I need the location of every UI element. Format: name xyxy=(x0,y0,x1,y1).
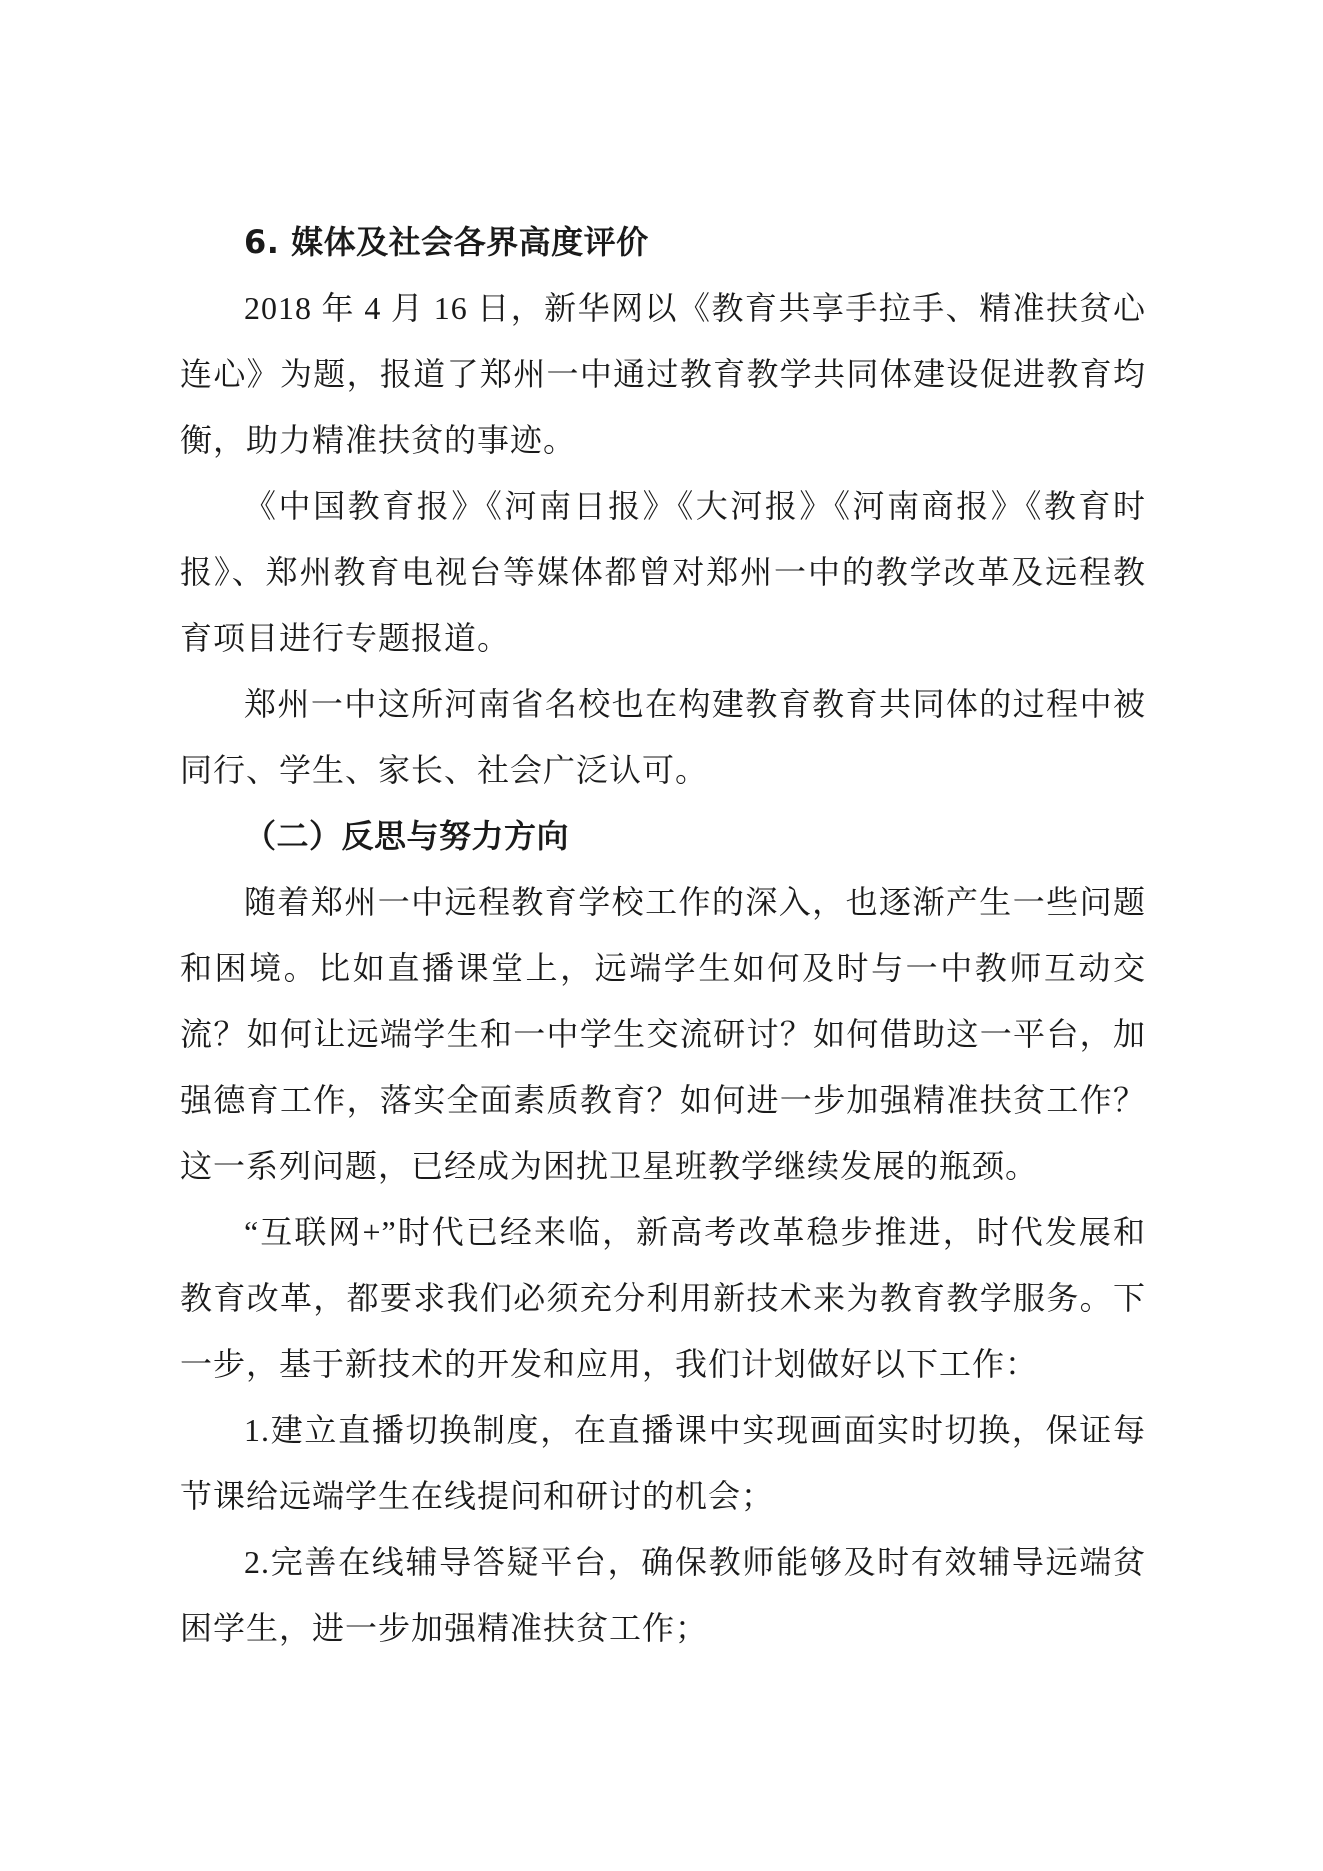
document-page: 6. 媒体及社会各界高度评价 2018 年 4 月 16 日，新华网以《教育共享… xyxy=(0,0,1323,1871)
para-plan-item-2: 2.完善在线辅导答疑平台，确保教师能够及时有效辅导远端贫困学生，进一步加强精准扶… xyxy=(180,1529,1146,1661)
document-text-block: 6. 媒体及社会各界高度评价 2018 年 4 月 16 日，新华网以《教育共享… xyxy=(180,209,1146,1661)
para-plan-item-1: 1.建立直播切换制度，在直播课中实现画面实时切换，保证每节课给远端学生在线提问和… xyxy=(180,1397,1146,1529)
para-media-coverage: 《中国教育报》《河南日报》《大河报》《河南商报》《教育时报》、郑州教育电视台等媒… xyxy=(180,473,1146,671)
heading-reflection-direction: （二）反思与努力方向 xyxy=(180,803,1146,869)
para-problems-bottleneck: 随着郑州一中远程教育学校工作的深入，也逐渐产生一些问题和困境。比如直播课堂上，远… xyxy=(180,869,1146,1199)
para-social-recognition: 郑州一中这所河南省名校也在构建教育教育共同体的过程中被同行、学生、家长、社会广泛… xyxy=(180,671,1146,803)
para-internet-plus-plan: “互联网+”时代已经来临，新高考改革稳步推进，时代发展和教育改革，都要求我们必须… xyxy=(180,1199,1146,1397)
heading-media-evaluation: 6. 媒体及社会各界高度评价 xyxy=(180,209,1146,275)
para-xinhua-report: 2018 年 4 月 16 日，新华网以《教育共享手拉手、精准扶贫心连心》为题，… xyxy=(180,275,1146,473)
